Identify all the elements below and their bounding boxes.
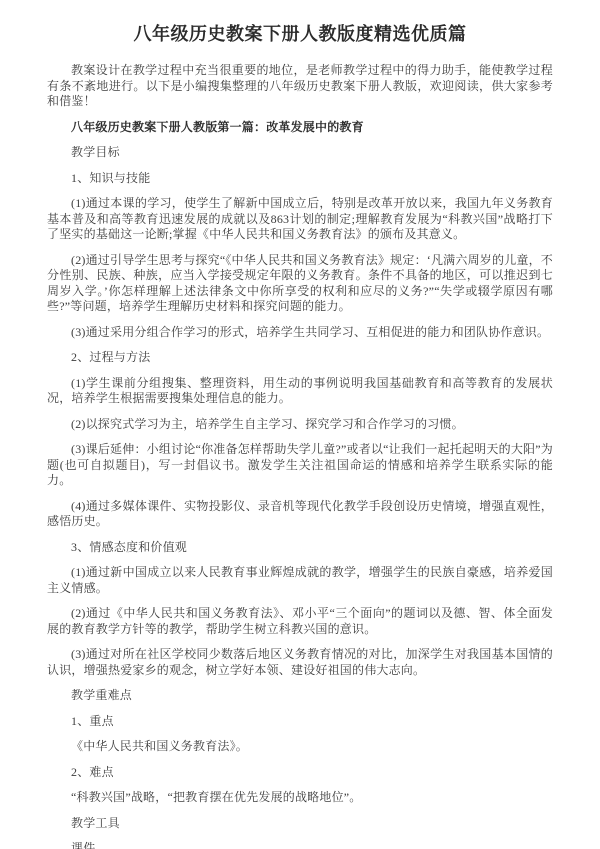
- tools-content: 课件: [47, 841, 553, 849]
- item-difficult-point: 2、难点: [47, 765, 553, 781]
- item-process-methods: 2、过程与方法: [47, 350, 553, 366]
- heading-teaching-tools: 教学工具: [47, 816, 553, 832]
- article-1-heading: 八年级历史教案下册人教版第一篇：改革发展中的教育: [47, 120, 553, 136]
- heading-teaching-objectives: 教学目标: [47, 145, 553, 161]
- process-methods-point-4: (4)通过多媒体课件、实物投影仪、录音机等现代化教学手段创设历史情境，增强直观性…: [47, 499, 553, 530]
- attitude-values-point-3: (3)通过对所在社区学校同少数落后地区义务教育情况的对比，加深学生对我国基本国情…: [47, 647, 553, 678]
- key-point-content: 《中华人民共和国义务教育法》。: [47, 739, 553, 755]
- item-knowledge-skills: 1、知识与技能: [47, 171, 553, 187]
- doc-title: 八年级历史教案下册人教版度精选优质篇: [47, 22, 553, 46]
- knowledge-skills-point-1: (1)通过本课的学习，使学生了解新中国成立后，特别是改革开放以来，我国九年义务教…: [47, 196, 553, 243]
- document-page: 八年级历史教案下册人教版度精选优质篇 教案设计在教学过程中充当很重要的地位，是老…: [0, 0, 600, 849]
- process-methods-point-3: (3)课后延伸：小组讨论“你准备怎样帮助失学儿童?”或者以“让我们一起托起明天的…: [47, 442, 553, 489]
- attitude-values-point-1: (1)通过新中国成立以来人民教育事业辉煌成就的教学，增强学生的民族自豪感，培养爱…: [47, 565, 553, 596]
- process-methods-point-2: (2)以探究式学习为主，培养学生自主学习、探究学习和合作学习的习惯。: [47, 417, 553, 433]
- process-methods-point-1: (1)学生课前分组搜集、整理资料，用生动的事例说明我国基础教育和高等教育的发展状…: [47, 376, 553, 407]
- difficult-point-content: “科教兴国”战略，“把教育摆在优先发展的战略地位”。: [47, 790, 553, 806]
- knowledge-skills-point-2: (2)通过引导学生思考与探究“《中华人民共和国义务教育法》规定：‘凡满六周岁的儿…: [47, 253, 553, 315]
- item-key-point: 1、重点: [47, 714, 553, 730]
- attitude-values-point-2: (2)通过《中华人民共和国义务教育法》、邓小平“三个面向”的题词以及德、智、体全…: [47, 606, 553, 637]
- knowledge-skills-point-3: (3)通过采用分组合作学习的形式，培养学生共同学习、互相促进的能力和团队协作意识…: [47, 325, 553, 341]
- intro-paragraph: 教案设计在教学过程中充当很重要的地位，是老师教学过程中的得力助手，能使教学过程有…: [47, 63, 553, 110]
- item-attitude-values: 3、情感态度和价值观: [47, 540, 553, 556]
- heading-key-difficult-points: 教学重难点: [47, 688, 553, 704]
